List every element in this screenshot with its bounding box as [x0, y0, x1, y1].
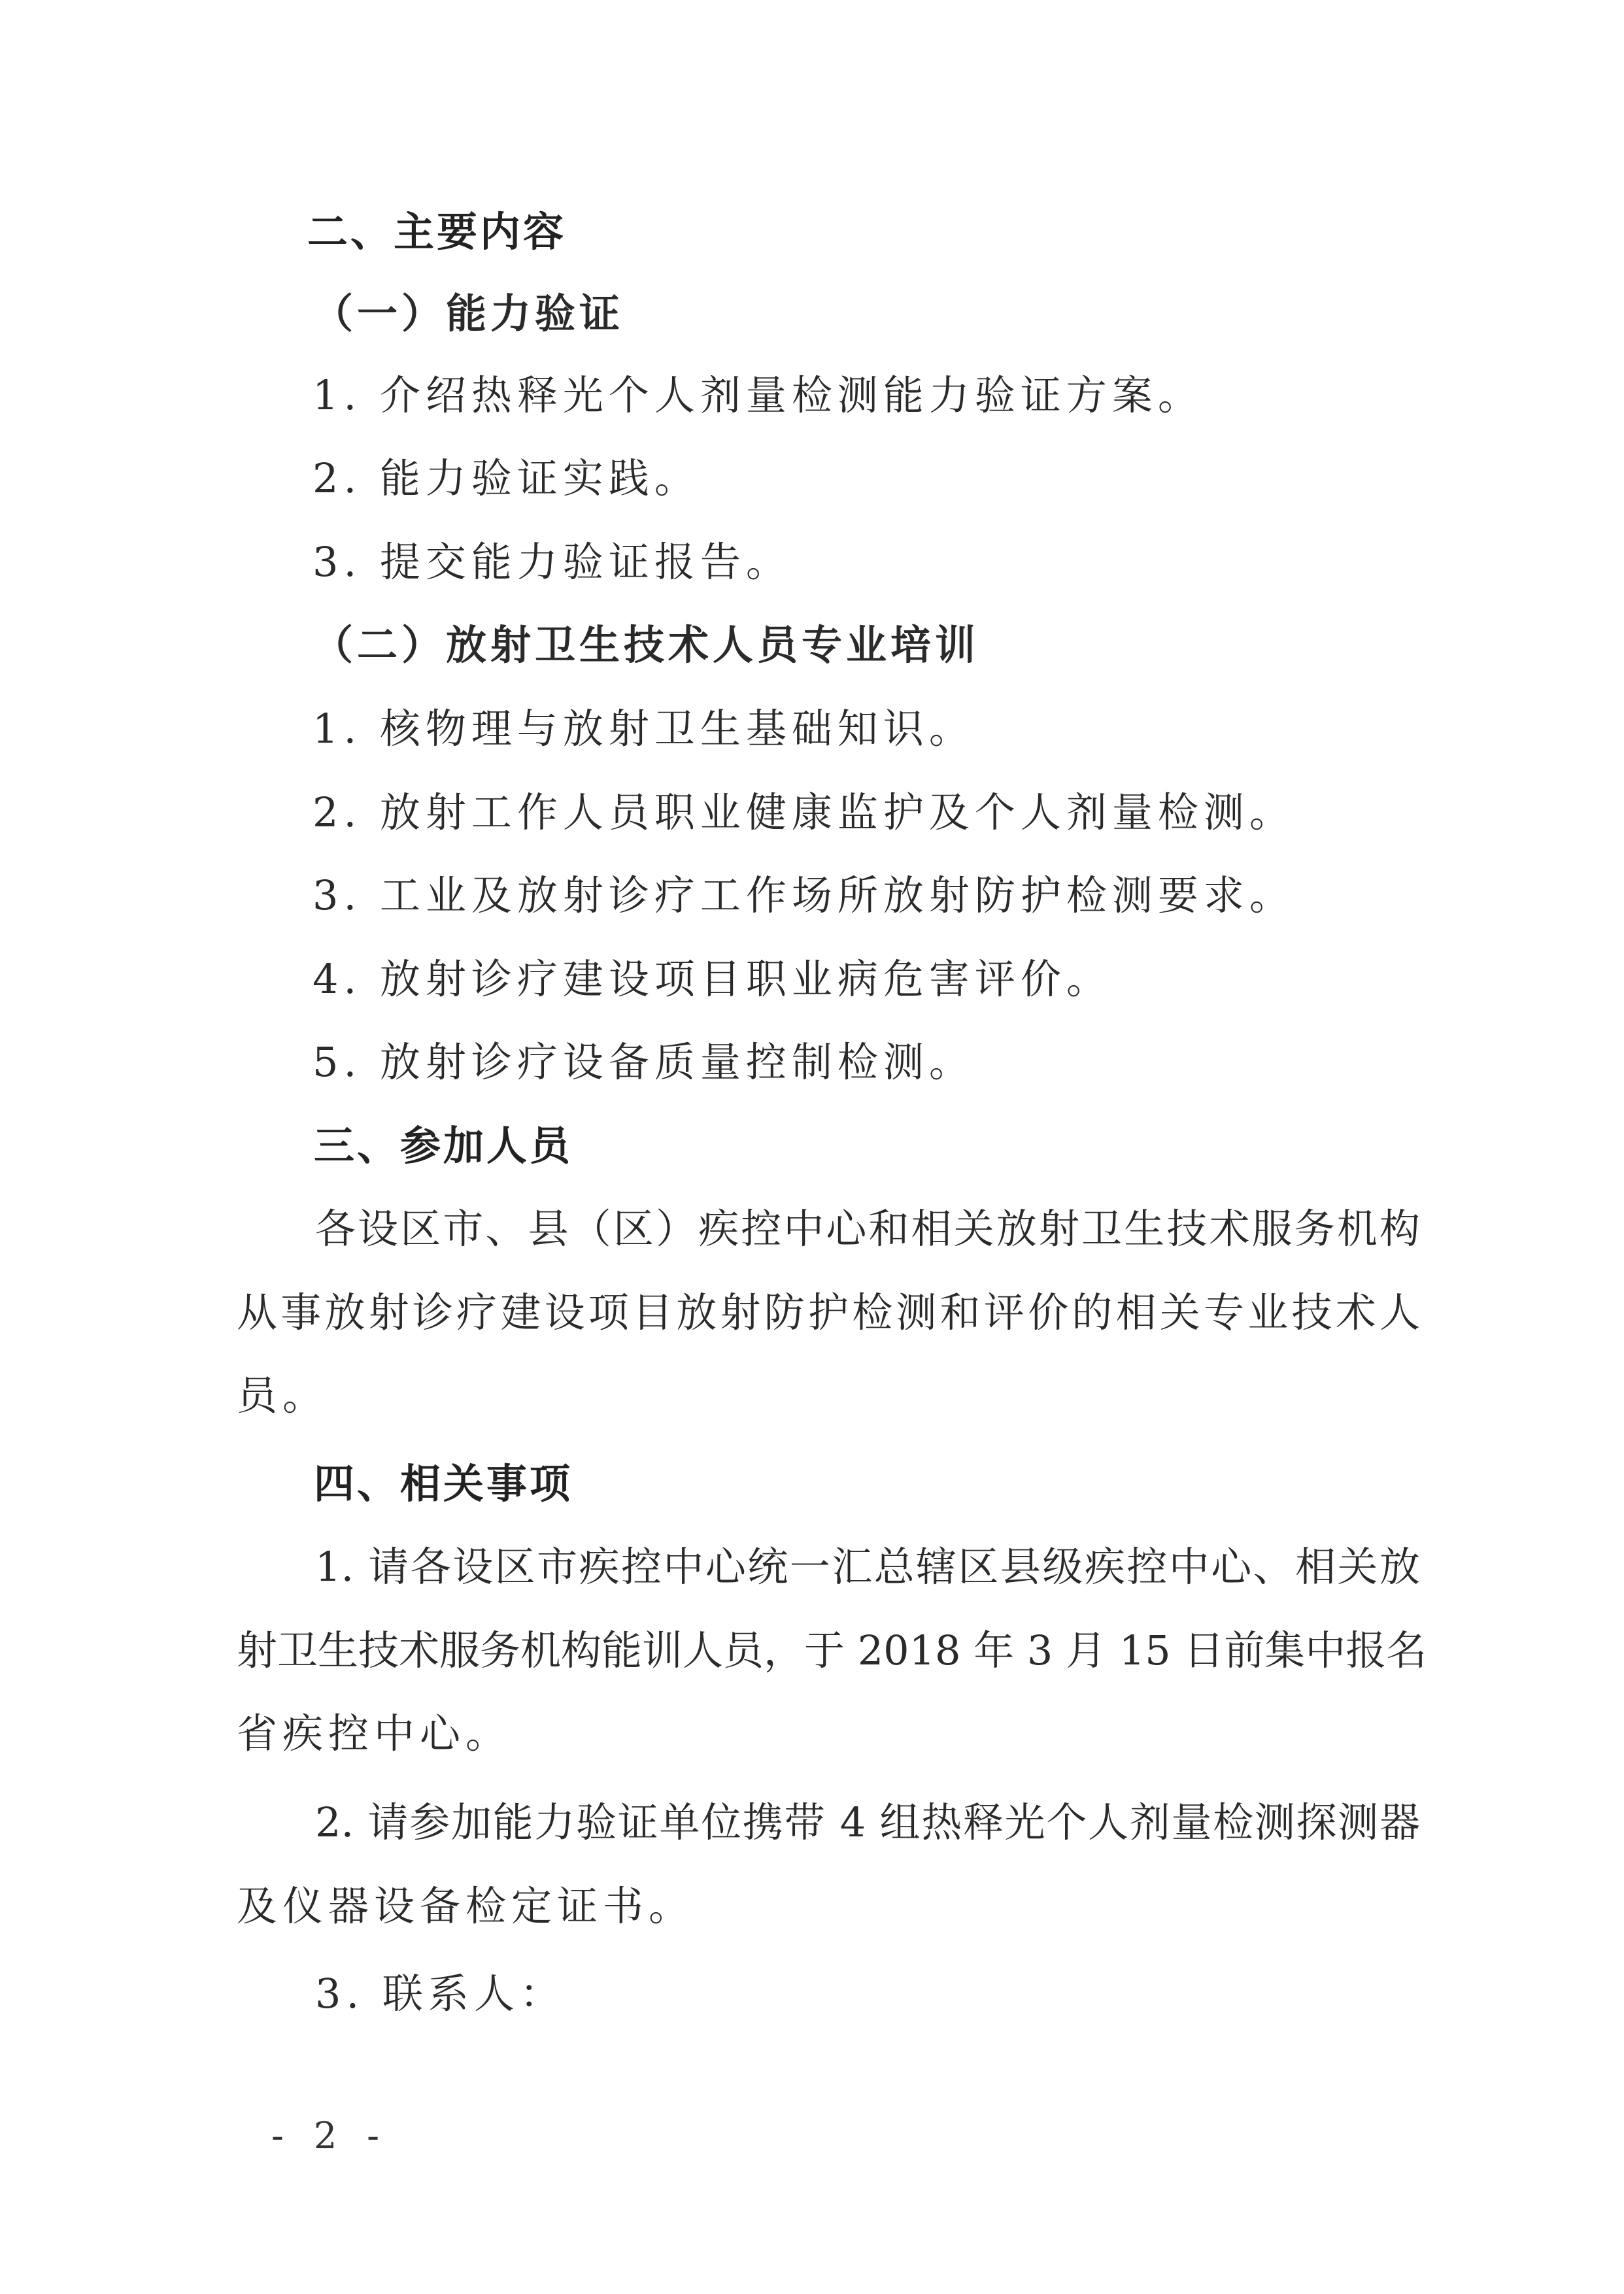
list-item: 1. 介绍热释光个人剂量检测能力验证方案。 — [313, 369, 1204, 422]
section-heading-main-content: 二、主要内容 — [307, 206, 566, 258]
page-number: - 2 - — [271, 2115, 388, 2157]
paragraph-line: 各设区市、县（区）疾控中心和相关放射卫生技术服务机构 — [315, 1203, 1420, 1255]
paragraph-line: 员。 — [237, 1370, 328, 1422]
list-item: 3. 提交能力验证报告。 — [313, 536, 792, 588]
section-heading-participants: 三、参加人员 — [314, 1120, 573, 1172]
list-item: 4. 放射诊疗建设项目职业病危害评价。 — [313, 953, 1112, 1005]
subsection-heading-professional-training: （二）放射卫生技术人员专业培训 — [313, 619, 979, 671]
paragraph-line: 3. 联系人： — [315, 1968, 566, 2020]
section-heading-related-matters: 四、相关事项 — [314, 1458, 573, 1510]
paragraph-line: 射卫生技术服务机构能训人员，于 2018 年 3 月 15 日前集中报名 — [237, 1625, 1420, 1677]
list-item: 5. 放射诊疗设备质量控制检测。 — [313, 1036, 975, 1088]
paragraph-line: 2. 请参加能力验证单位携带 4 组热释光个人剂量检测探测器 — [315, 1796, 1420, 1849]
paragraph-line: 省疾控中心。 — [237, 1708, 511, 1760]
list-item: 2. 能力验证实践。 — [313, 452, 700, 505]
paragraph-line: 从事放射诊疗建设项目放射防护检测和评价的相关专业技术人 — [237, 1287, 1420, 1339]
list-item: 1. 核物理与放射卫生基础知识。 — [313, 703, 975, 755]
list-item: 2. 放射工作人员职业健康监护及个人剂量检测。 — [313, 786, 1295, 839]
subsection-heading-proficiency-testing: （一）能力验证 — [313, 288, 624, 340]
list-item: 3. 工业及放射诊疗工作场所放射防护检测要求。 — [313, 869, 1295, 922]
paragraph-line: 1. 请各设区市疾控中心统一汇总辖区县级疾控中心、相关放 — [315, 1541, 1420, 1593]
paragraph-line: 及仪器设备检定证书。 — [237, 1880, 694, 1932]
